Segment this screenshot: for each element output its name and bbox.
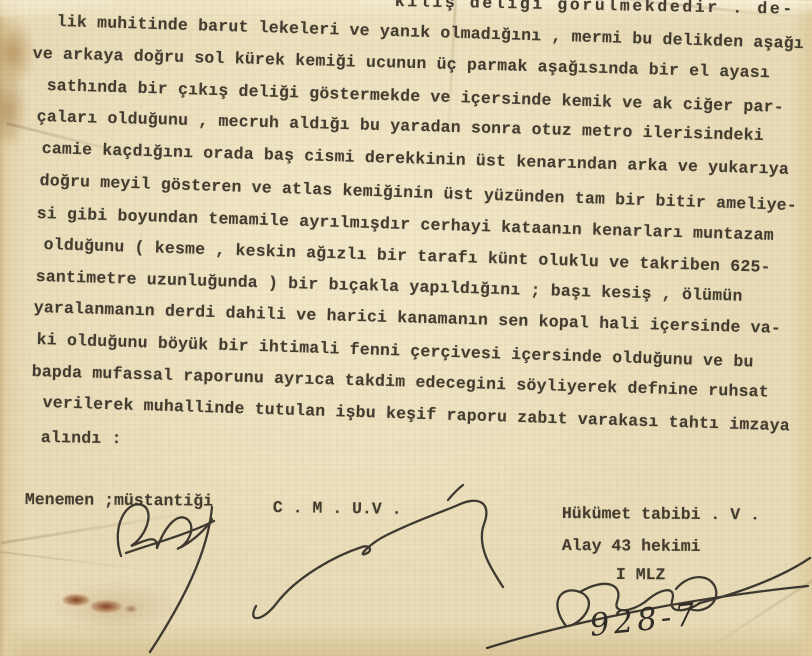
paper-stain	[52, 582, 182, 634]
typed-line: camie kaçdığını orada baş cismi derekkin…	[41, 139, 789, 180]
signature-title-right-3: I MLZ	[616, 565, 666, 585]
rust-spot	[90, 600, 122, 613]
signature-title-right-1: Hükümet tabibi . V .	[562, 504, 760, 525]
signature-title-left: Menemen ;müstantiği	[25, 490, 213, 512]
paper-crease	[693, 564, 812, 656]
signature-left-ink	[118, 504, 214, 652]
typed-line-partial-top: kılış deliği görülmekdedir . de-	[395, 0, 795, 20]
signature-title-right-2: Alay 43 hekimi	[562, 536, 701, 557]
paper-crease	[1, 509, 209, 545]
scanned-document-page: kılış deliği görülmekdedir . de- lik muh…	[0, 0, 812, 656]
handwritten-number: 928-7	[588, 597, 701, 644]
paper-crease	[0, 551, 149, 571]
signature-title-center: C . M . U.V .	[273, 498, 402, 520]
paper-stain	[0, 18, 36, 88]
typed-line: alındı :	[41, 428, 122, 449]
paper-stain	[0, 70, 28, 150]
rust-spot	[124, 605, 138, 613]
rust-spot	[62, 594, 90, 606]
